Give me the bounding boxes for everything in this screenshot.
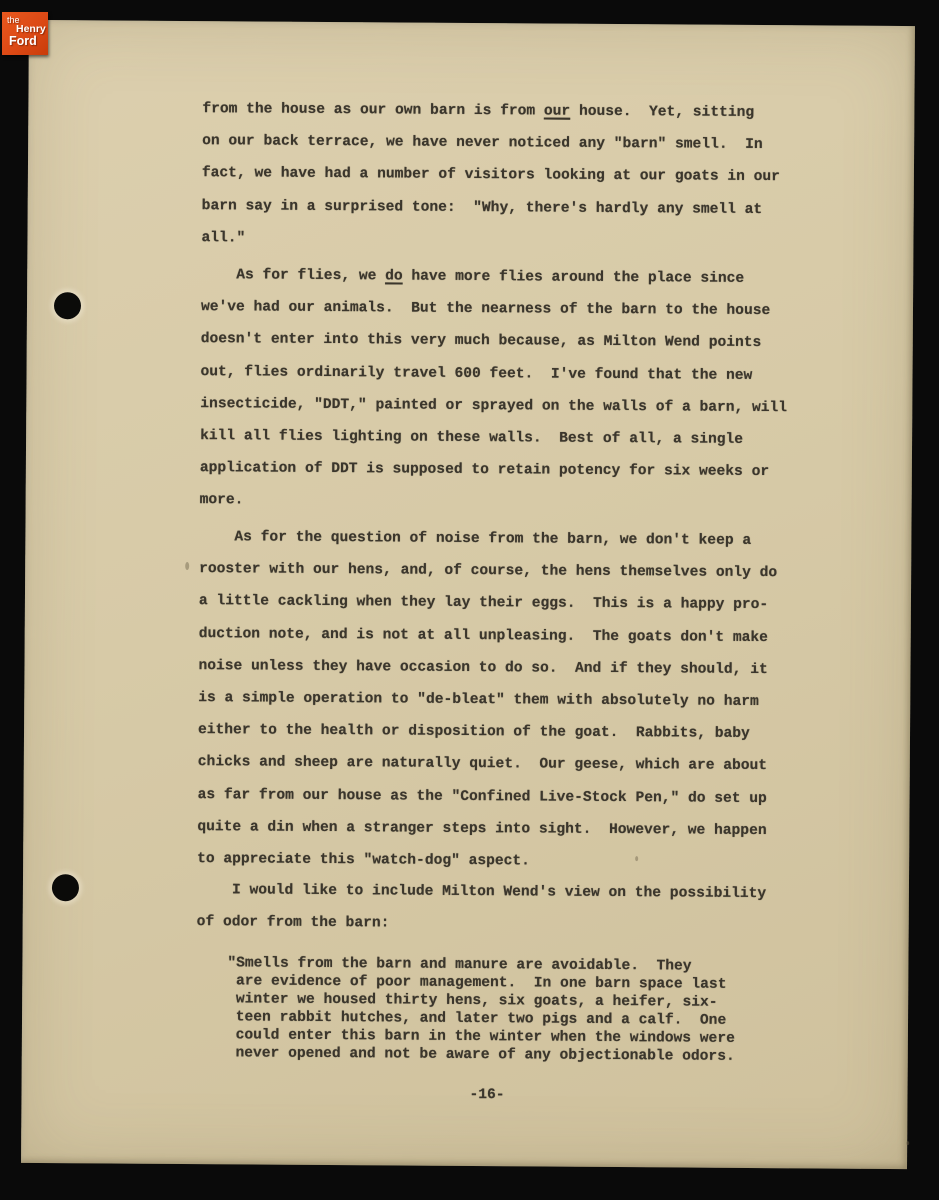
text-line: quite a din when a stranger steps into s… — [197, 811, 775, 847]
text-line: As for flies, we do have more flies arou… — [201, 259, 788, 295]
text-line: more. — [200, 485, 787, 521]
text-line: As for the question of noise from the ba… — [199, 521, 777, 557]
text-line: application of DDT is supposed to retain… — [200, 452, 787, 488]
text-line: noise unless they have occasion to do so… — [198, 650, 776, 686]
scan-speck — [635, 856, 638, 861]
text-line: chicks and sheep are naturally quiet. Ou… — [198, 747, 776, 783]
scan-background: from the house as our own barn is from o… — [0, 0, 939, 1200]
page-number: -16- — [469, 1085, 504, 1105]
paragraph-smell: from the house as our own barn is from o… — [201, 93, 780, 258]
scan-speck — [185, 562, 189, 570]
text-line: either to the health or disposition of t… — [198, 714, 776, 750]
text-line: out, flies ordinarily travel 600 feet. I… — [200, 356, 787, 392]
text-line: doesn't enter into this very much becaus… — [201, 324, 788, 360]
text-line: barn say in a surprised tone: "Why, ther… — [202, 190, 780, 226]
text-line: on our back terrace, we have never notic… — [202, 125, 780, 161]
text-line: I would like to include Milton Wend's vi… — [197, 874, 766, 910]
text-line: fact, we have had a number of visitors l… — [202, 158, 780, 194]
paragraph-flies: As for flies, we do have more flies arou… — [200, 259, 789, 521]
scan-speck — [906, 1141, 909, 1145]
punch-hole-icon — [52, 874, 79, 901]
block-quote-milton-wend: "Smells from the barn and manure are avo… — [227, 955, 736, 1066]
logo-word-henry: Henry — [16, 24, 46, 35]
text-line: kill all flies lighting on these walls. … — [200, 420, 787, 456]
text-line: never opened and not be aware of any obj… — [227, 1045, 735, 1066]
punch-hole-icon — [54, 292, 81, 319]
text-line: all." — [201, 222, 779, 258]
text-line: insecticide, "DDT," painted or sprayed o… — [200, 388, 787, 424]
text-line: is a simple operation to "de-bleat" them… — [198, 682, 776, 718]
text-line: a little cackling when they lay their eg… — [199, 586, 777, 622]
paragraph-noise: As for the question of noise from the ba… — [197, 521, 777, 879]
henry-ford-logo: the Henry Ford — [2, 12, 48, 55]
text-line: of odor from the barn: — [197, 906, 766, 942]
text-line: from the house as our own barn is from o… — [202, 93, 780, 129]
text-line: as far from our house as the "Confined L… — [197, 779, 775, 815]
text-line: we've had our animals. But the nearness … — [201, 291, 788, 327]
paragraph-intro-quote: I would like to include Milton Wend's vi… — [197, 874, 767, 942]
text-line: duction note, and is not at all unpleasi… — [199, 618, 777, 654]
paper-sheet: from the house as our own barn is from o… — [21, 20, 915, 1169]
logo-word-ford: Ford — [9, 35, 37, 48]
text-line: rooster with our hens, and, of course, t… — [199, 553, 777, 589]
